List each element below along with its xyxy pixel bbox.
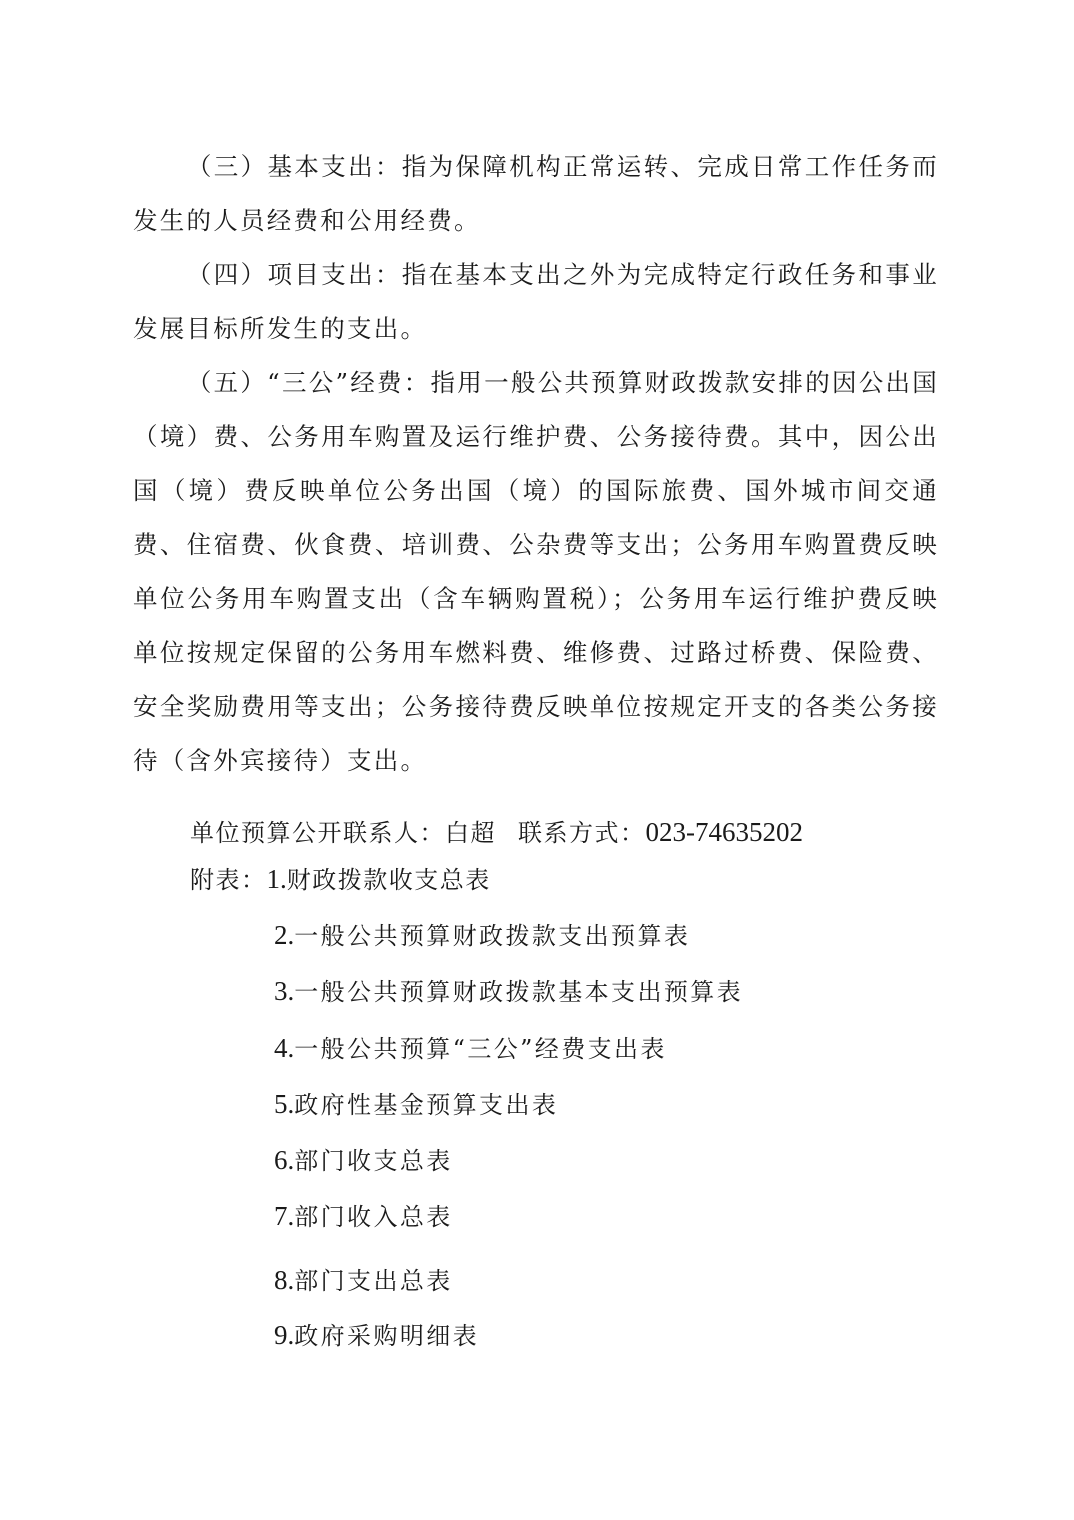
appendix-item-6: 6.部门收支总表 bbox=[274, 1136, 453, 1185]
appendix-item-number: 7. bbox=[274, 1201, 294, 1231]
contact-person-name: 白超 bbox=[445, 819, 496, 847]
appendix-item-title: 政府性基金预算支出表 bbox=[294, 1091, 558, 1119]
appendix-item-number: 4. bbox=[274, 1033, 294, 1063]
appendix-item-number: 1. bbox=[267, 864, 287, 894]
appendix-item-title: 部门支出总表 bbox=[294, 1267, 452, 1295]
appendix-item-4: 4.一般公共预算“三公”经费支出表 bbox=[274, 1024, 667, 1073]
contact-line: 单位预算公开联系人：白超联系方式：023-74635202 bbox=[190, 808, 803, 857]
paragraph-three-public-expenses: （五）“三公”经费：指用一般公共预算财政拨款安排的因公出国（境）费、公务用车购置… bbox=[133, 356, 939, 788]
document-page: （三）基本支出：指为保障机构正常运转、完成日常工作任务而发生的人员经费和公用经费… bbox=[0, 0, 1074, 1520]
body-text: （三）基本支出：指为保障机构正常运转、完成日常工作任务而发生的人员经费和公用经费… bbox=[133, 140, 939, 788]
paragraph-project-expenditure: （四）项目支出：指在基本支出之外为完成特定行政任务和事业发展目标所发生的支出。 bbox=[133, 248, 939, 356]
contact-method-label: 联系方式： bbox=[518, 819, 646, 847]
appendix-item-title: 财政拨款收支总表 bbox=[287, 866, 491, 894]
appendix-item-7: 7.部门收入总表 bbox=[274, 1192, 453, 1241]
contact-phone: 023-74635202 bbox=[646, 817, 804, 847]
appendix-item-9: 9.政府采购明细表 bbox=[274, 1311, 479, 1360]
appendix-item-title: 部门收入总表 bbox=[294, 1203, 452, 1231]
appendix-item-number: 9. bbox=[274, 1320, 294, 1350]
appendix-item-title: 部门收支总表 bbox=[294, 1147, 452, 1175]
appendix-item-8: 8.部门支出总表 bbox=[274, 1256, 453, 1305]
appendix-item-title: 一般公共预算财政拨款支出预算表 bbox=[294, 922, 690, 950]
appendix-label: 附表： bbox=[190, 866, 267, 894]
appendix-item-number: 5. bbox=[274, 1089, 294, 1119]
appendix-item-title: 政府采购明细表 bbox=[294, 1322, 479, 1350]
paragraph-basic-expenditure: （三）基本支出：指为保障机构正常运转、完成日常工作任务而发生的人员经费和公用经费… bbox=[133, 140, 939, 248]
appendix-item-number: 6. bbox=[274, 1145, 294, 1175]
appendix-item-5: 5.政府性基金预算支出表 bbox=[274, 1080, 558, 1129]
appendix-item-title: 一般公共预算财政拨款基本支出预算表 bbox=[294, 978, 743, 1006]
appendix-item-number: 8. bbox=[274, 1265, 294, 1295]
appendix-item-number: 2. bbox=[274, 920, 294, 950]
appendix-item-2: 2.一般公共预算财政拨款支出预算表 bbox=[274, 911, 690, 960]
appendix-item-1: 附表：1.财政拨款收支总表 bbox=[190, 855, 491, 904]
appendix-item-number: 3. bbox=[274, 976, 294, 1006]
appendix-item-title: 一般公共预算“三公”经费支出表 bbox=[294, 1035, 667, 1063]
appendix-item-3: 3.一般公共预算财政拨款基本支出预算表 bbox=[274, 967, 743, 1016]
contact-person-label: 单位预算公开联系人： bbox=[190, 819, 445, 847]
